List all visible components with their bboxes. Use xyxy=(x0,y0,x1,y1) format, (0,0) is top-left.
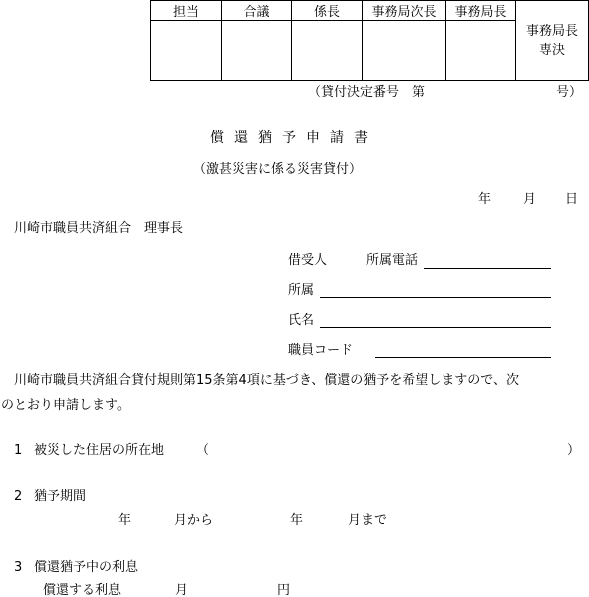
affiliation-field[interactable] xyxy=(320,297,551,298)
date-day: 日 xyxy=(565,193,578,206)
approval-final-cell: 事務局長 専決 xyxy=(516,1,589,81)
borrower-label: 借受人 xyxy=(288,254,327,267)
approval-stamp-table: 担当 合議 係長 事務局次長 事務局長 事務局長 専決 xyxy=(150,0,589,81)
item-1-close-paren: ） xyxy=(567,444,580,457)
final-cell-line1: 事務局長 xyxy=(516,22,588,41)
final-cell-line2: 専決 xyxy=(516,41,588,60)
item-1-label: 被災した住居の所在地 xyxy=(34,444,164,457)
item-3-number: 3 xyxy=(14,561,22,574)
phone-field[interactable] xyxy=(424,268,551,269)
loan-number-prefix: （貸付決定番号 第 xyxy=(308,86,425,99)
stamp-box-jimukyoku-jicho[interactable] xyxy=(363,21,446,81)
item-2-label: 猶予期間 xyxy=(34,490,86,503)
stamp-box-kakaricho[interactable] xyxy=(292,21,363,81)
page-subtitle: （激甚災害に係る災害貸付） xyxy=(193,163,362,176)
item-1-open-paren: （ xyxy=(196,444,209,457)
approval-header-kakaricho: 係長 xyxy=(292,1,363,21)
interest-yen: 円 xyxy=(277,584,290,597)
name-label: 氏名 xyxy=(288,314,314,327)
staff-code-label: 職員コード xyxy=(288,344,353,357)
stamp-box-gogi[interactable] xyxy=(222,21,292,81)
approval-header-jimukyokucho: 事務局長 xyxy=(446,1,516,21)
disaster-address-field[interactable] xyxy=(210,442,560,458)
body-text-line2: のとおり申請します。 xyxy=(1,399,130,412)
date-year: 年 xyxy=(478,193,491,206)
affiliation-label: 所属 xyxy=(288,284,314,297)
staff-code-field[interactable] xyxy=(375,357,551,358)
stamp-box-jimukyokucho[interactable] xyxy=(446,21,516,81)
item-2-number: 2 xyxy=(14,490,22,503)
body-text-line1: 川崎市職員共済組合貸付規則第15条第4項に基づき、償還の猶予を希望しますので、次 xyxy=(1,374,519,387)
addressee: 川崎市職員共済組合 理事長 xyxy=(14,222,183,235)
approval-header-tanto: 担当 xyxy=(151,1,222,21)
phone-label: 所属電話 xyxy=(366,254,418,267)
page-title: 償還猶予申請書 xyxy=(210,131,378,145)
interest-month: 月 xyxy=(175,584,188,597)
date-month: 月 xyxy=(523,193,536,206)
name-field[interactable] xyxy=(320,327,551,328)
to-year: 年 xyxy=(290,514,303,527)
loan-number-suffix: 号） xyxy=(556,86,582,99)
from-month: 月から xyxy=(174,514,213,527)
stamp-box-tanto[interactable] xyxy=(151,21,222,81)
approval-header-jimukyoku-jicho: 事務局次長 xyxy=(363,1,446,21)
item-3-label: 償還猶予中の利息 xyxy=(34,561,138,574)
from-year: 年 xyxy=(118,514,131,527)
approval-header-gogi: 合議 xyxy=(222,1,292,21)
loan-number-field[interactable] xyxy=(420,86,550,100)
item-1-number: 1 xyxy=(14,444,22,457)
item-3-sub-label: 償還する利息 xyxy=(43,584,121,597)
to-month: 月まで xyxy=(348,514,387,527)
